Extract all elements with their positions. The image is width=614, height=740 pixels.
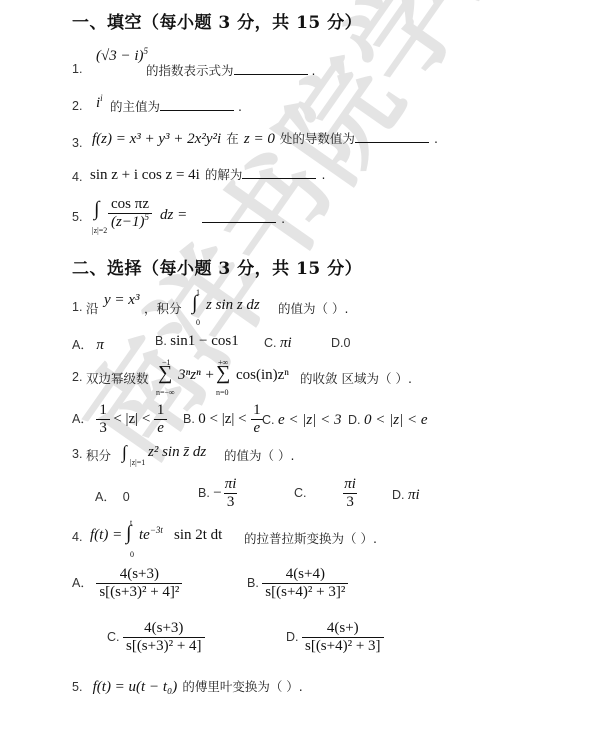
q1-option-c[interactable]: C. πi (264, 335, 292, 352)
integral-tail: dz = (160, 207, 187, 224)
section2-title: 二、选择（每小题 3 分，共 15 分） (72, 254, 362, 279)
item-number: 2. (72, 99, 82, 113)
integral-sign: ∫ (94, 198, 99, 221)
item-number: 4. (72, 170, 82, 184)
q2-option-a[interactable]: A． 13 < |z| < 1e (72, 402, 167, 437)
q4-option-c[interactable]: C. 4(s+3)s[(s+3)² + 4] (107, 620, 205, 655)
item-number: 3. (72, 136, 82, 150)
integral-sign: ∫ (192, 292, 197, 315)
q4-option-d[interactable]: D. 4(s+)s[(s+4)² + 3] (286, 620, 384, 655)
integrand-fraction: cos πz (z−1)5 (108, 196, 152, 231)
answer-blank[interactable] (234, 73, 308, 75)
q2-option-d[interactable]: D. 0 < |z| < e (348, 412, 427, 429)
q1-option-a[interactable]: A． π (72, 335, 104, 354)
q4-option-b[interactable]: B. 4(s+4)s[(s+4)² + 3]² (247, 566, 348, 601)
exam-page: 一、填空（每小题 3 分，共 15 分） 1. (√3 − i)5 的指数表示式… (0, 0, 614, 740)
item-math: f(z) = x³ + y³ + 2x²y²i (92, 131, 221, 147)
q4-option-a[interactable]: A． 4(s+3)s[(s+3)² + 4]² (72, 566, 182, 601)
item-math: sin z + i cos z = 4i (90, 167, 200, 183)
q3-option-a[interactable]: A． 0 (95, 487, 130, 505)
q3-option-b[interactable]: B. −πi3 (198, 476, 239, 511)
item-number: 1. (72, 300, 82, 314)
item-number: 2. (72, 370, 82, 384)
integral-sign: ∫ (122, 442, 127, 463)
answer-wrap: . (202, 208, 285, 227)
item-number: 5. (72, 680, 82, 694)
item-number: 5. (72, 210, 82, 224)
q2-option-b[interactable]: B. 0 < |z| < 1e (183, 402, 264, 437)
answer-blank[interactable] (242, 177, 316, 179)
item-math: ii (96, 95, 103, 112)
q1-option-d[interactable]: D.0 (331, 336, 350, 350)
sum-sign: ∑ (158, 362, 172, 385)
q1-option-b[interactable]: B. sin1 − cos1 (155, 333, 239, 350)
answer-blank[interactable] (355, 141, 429, 143)
item-number: 1. (72, 62, 82, 76)
item-number: 3. (72, 447, 82, 461)
answer-blank[interactable] (202, 221, 276, 223)
item-text: 的主值为 . (110, 97, 242, 115)
choice-question-5: 5. f(t) = u(t − t₀) 的傅里叶变换为（ ）. (72, 676, 303, 696)
integral-contour: |z|=2 (92, 226, 107, 235)
item-number: 4. (72, 530, 82, 544)
item-text: 的指数表示式为 . (146, 61, 315, 79)
item-content: sin z + i cos z = 4i 的解为 . (90, 164, 326, 184)
answer-blank[interactable] (160, 109, 234, 111)
sum-sign: ∑ (216, 362, 230, 385)
curve: y = x³ (104, 292, 139, 309)
q3-option-c[interactable]: C. πi3 (294, 476, 359, 511)
item-math: (√3 − i)5 (96, 48, 148, 65)
section1-title: 一、填空（每小题 3 分，共 15 分） (72, 8, 362, 33)
q3-option-d[interactable]: D. πi (392, 487, 420, 504)
integral-sign: ∫ (126, 522, 131, 545)
item-content: f(z) = x³ + y³ + 2x²y²i 在 z = 0 处的导数值为 . (92, 128, 438, 148)
q2-option-c[interactable]: C. e < |z| < 3 (262, 412, 341, 429)
